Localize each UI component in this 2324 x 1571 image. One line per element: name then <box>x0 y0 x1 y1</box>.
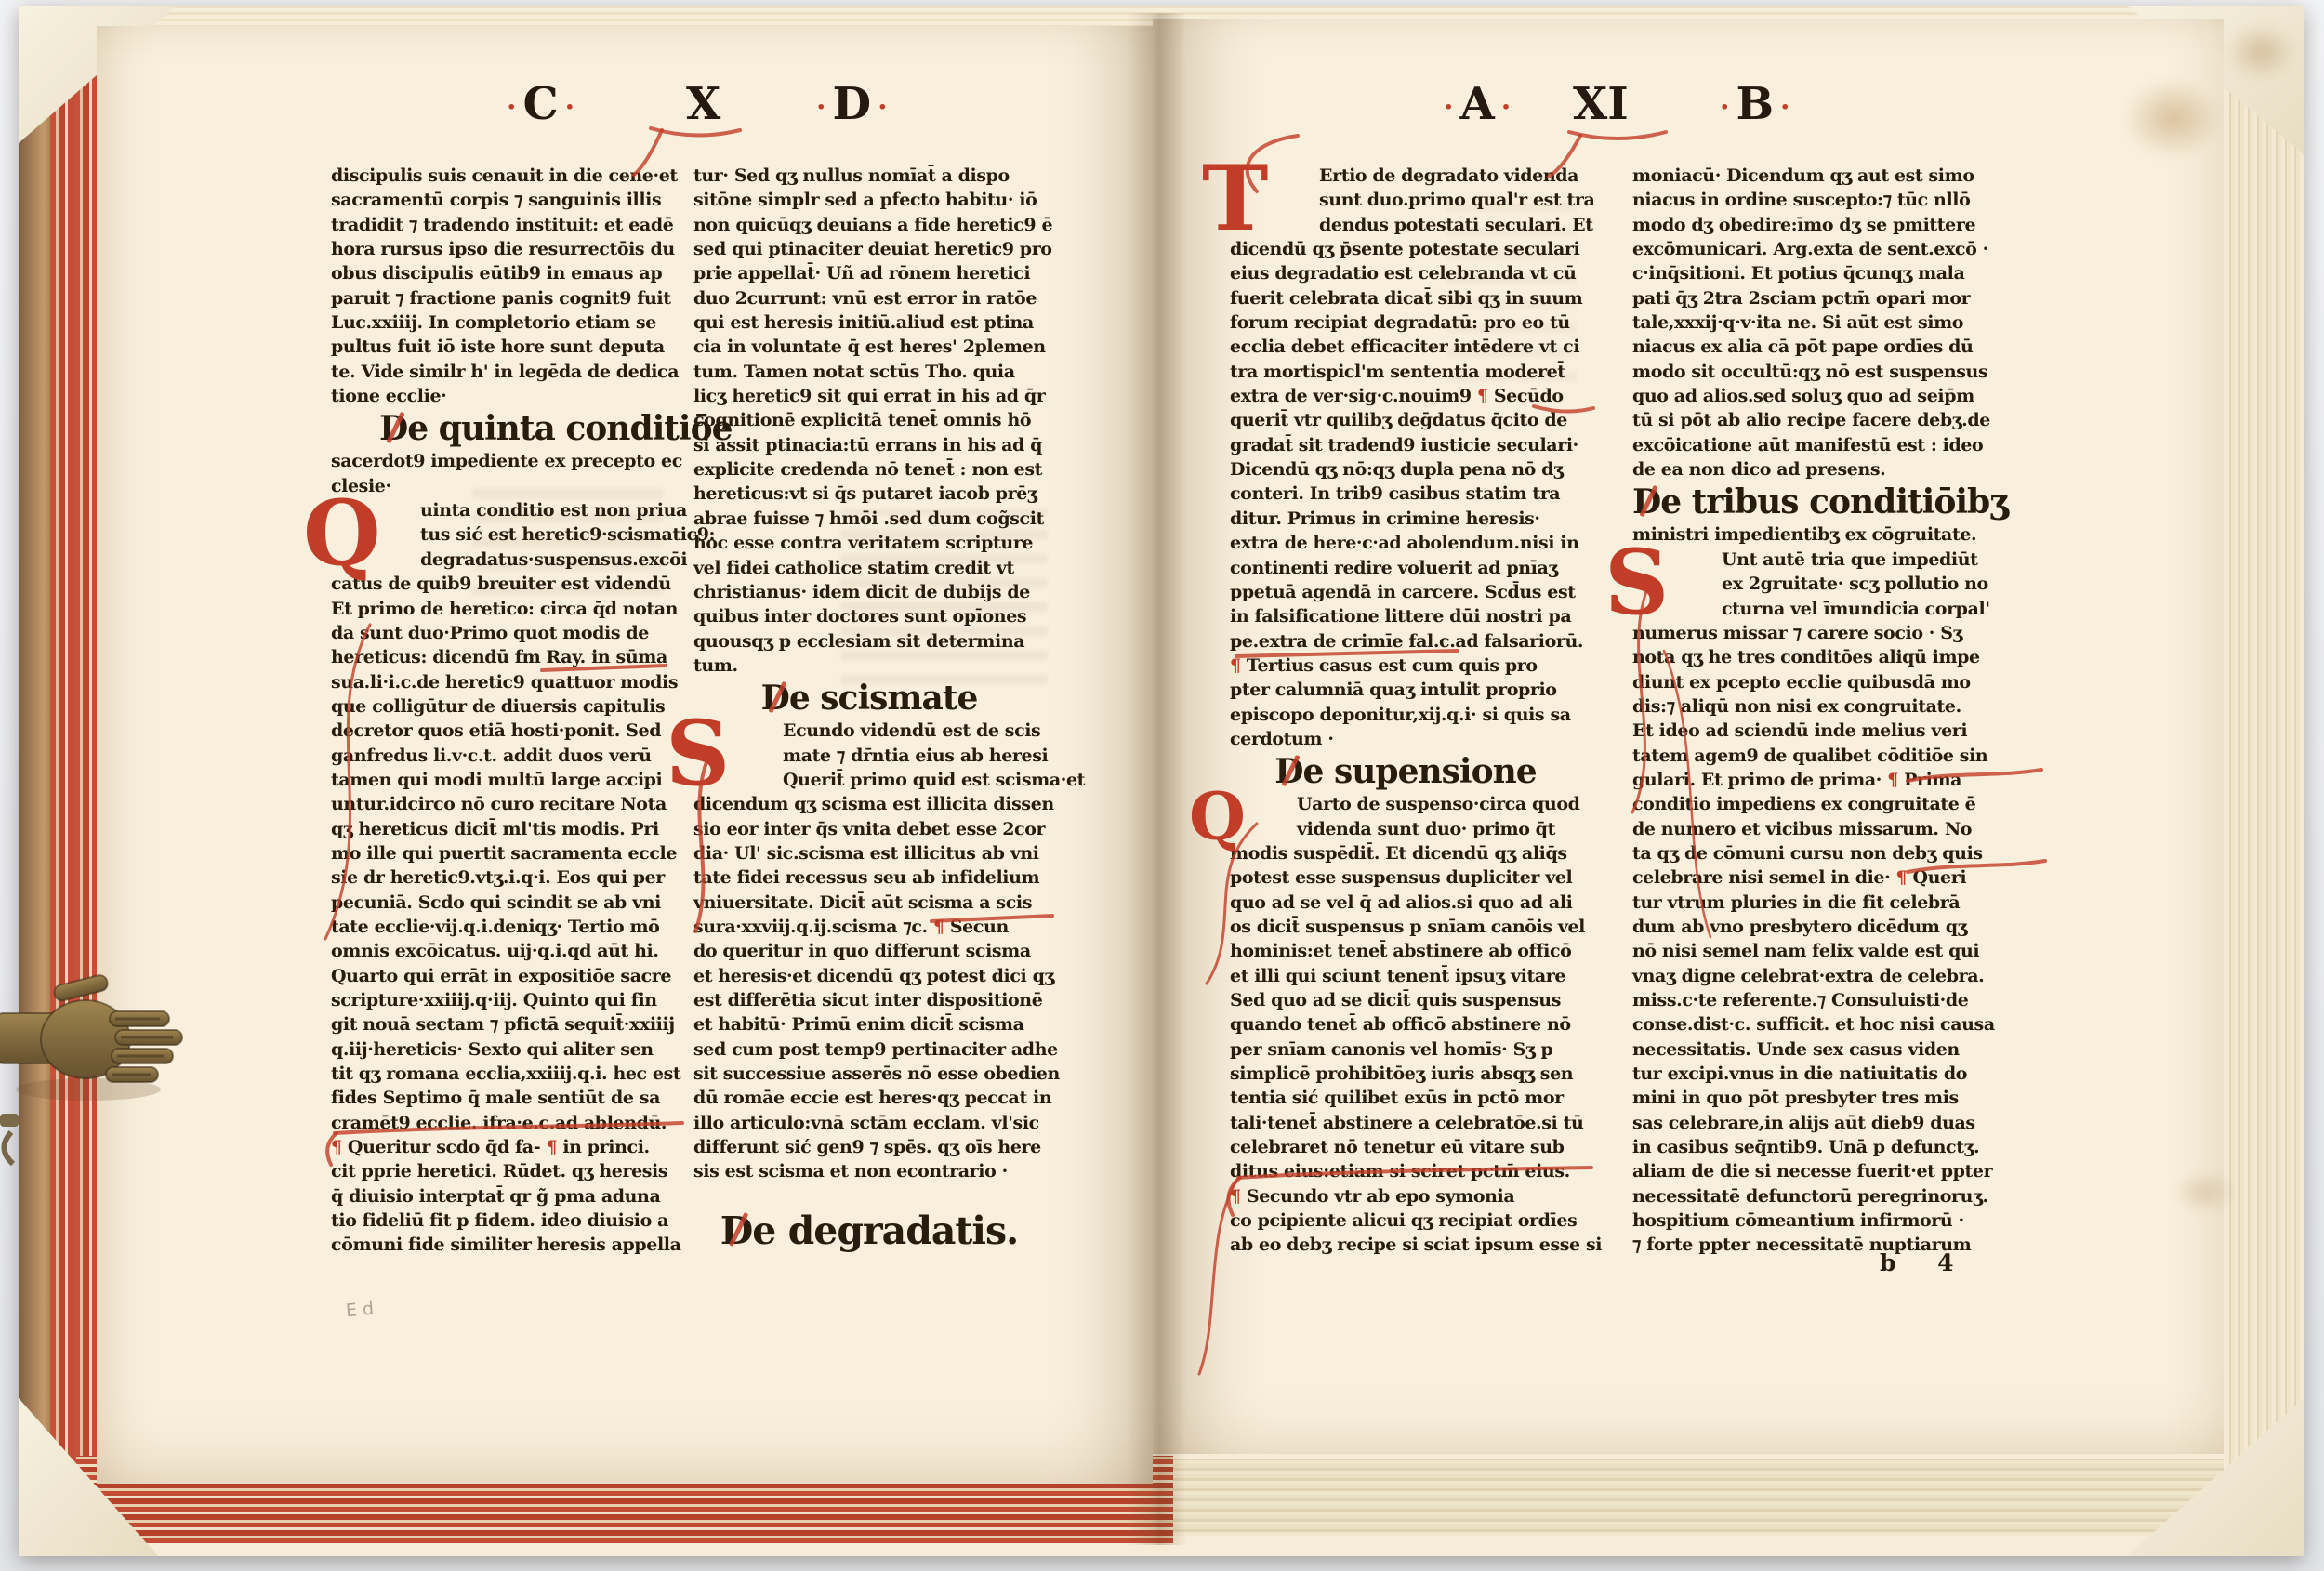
text-line: simplicē prohibitōeʒ iuris absqʒ sen <box>1230 1062 1581 1086</box>
text-line: paruit ⁊ fractione panis cognit9 fuit <box>331 286 682 310</box>
text-line: discipulis suis cenauit in die cene·et <box>331 164 682 188</box>
text-line: tio fideliū fit p fidem. ideo diuisio a <box>331 1208 682 1233</box>
text-line: duo 2currunt: vnū est error in ratōe <box>693 286 1045 310</box>
section-heading: De tribus conditiōibʒ <box>1632 482 1984 522</box>
right-page-column-2: moniacū· Dicendum qʒ aut est simoniacus … <box>1632 164 1984 1258</box>
text-line: excōmunicari. Arg.exta de sent.excō · <box>1632 237 1984 261</box>
folio-letter: C <box>507 78 574 134</box>
text-line: tū si pōt ab alio recipe facere debʒ.de <box>1632 408 1984 432</box>
paragraph: tur· Sed qʒ nullus nomīat̄ a dispositōne… <box>693 164 1045 678</box>
text-line: Quarto qui errāt in expositiōe sacre <box>331 964 682 988</box>
text-line: sunt duo.primo qual'r est tra <box>1319 188 1581 212</box>
text-line: Et primo de heretico: circa q̄d notan <box>331 597 682 621</box>
text-line: tur vtrum pluries in die fit celebrā <box>1632 891 1984 915</box>
text-line: Unt autē tria que impediūt <box>1722 548 1984 572</box>
text-line: Et ideo ad sciendū inde melius veri <box>1632 719 1984 743</box>
paragraph: QUarto de suspenso·circa quodvidenda sun… <box>1230 792 1581 1258</box>
text-line: tione ecclie· <box>331 384 682 408</box>
paragraph: discipulis suis cenauit in die cene·etsa… <box>331 164 682 408</box>
section-heading: De supensione <box>1230 751 1581 792</box>
text-line: videnda sunt duo· primo q̄t <box>1297 817 1581 841</box>
text-line: cit pprie heretici. Rūdet. qʒ heresis <box>331 1159 682 1183</box>
text-line: ministri impedientibʒ ex cōgruitate. <box>1632 522 1984 547</box>
folio-letter: A <box>1444 78 1511 134</box>
text-line: fides Septimo q̄ male sentiūt de sa <box>331 1086 682 1110</box>
quire-signature: b 4 <box>1880 1249 1954 1276</box>
text-line: mo ille qui puertit sacramenta eccle <box>331 841 682 865</box>
folio-letter: X <box>686 78 720 130</box>
text-line: cramēt9 ecclie. ifra·e.c.ad ablendū. <box>331 1111 682 1135</box>
text-line: explicite credenda nō tenet̄ : non est <box>693 457 1045 482</box>
text-line: cerdotum · <box>1230 727 1581 751</box>
text-line: modo dʒ obedire:īmo dʒ se pmittere <box>1632 213 1984 237</box>
text-line: de numero et vicibus missarum. No <box>1632 817 1984 841</box>
text-line: cōmuni fide similiter heresis appella <box>331 1233 682 1257</box>
text-line: sitōne simplr sed a pfecto habitu· iō <box>693 188 1045 212</box>
text-line: pati q̄ʒ 2tra 2sciam pctm̄ opari mor <box>1632 286 1984 310</box>
text-line: tali·tenet̄ abstinere a celebratōe.si tū <box>1230 1111 1581 1135</box>
text-line: prie appellat̄· Uñ ad rōnem heretici <box>693 261 1045 285</box>
text-line: qui est heresis initiū.aliud est ptina <box>693 310 1045 335</box>
text-line: co pcipiente alicui qʒ recipiat ordīes <box>1230 1208 1581 1233</box>
text-line: forum recipiat degradatū: pro eo tū <box>1230 310 1581 335</box>
text-line: potest esse suspensus dupliciter vel <box>1230 865 1581 890</box>
leather-spine-edge <box>19 6 50 1556</box>
text-line: tum. <box>693 653 1045 678</box>
text-line: Ecundo videndū est de scis <box>783 719 1045 743</box>
text-line: hereticus: dicendū fm Ray. in sūma <box>331 645 682 669</box>
drop-cap: Q <box>303 495 380 573</box>
pencil-mark: E d <box>345 1299 375 1322</box>
photograph-of-open-incunabulum: C X D A XI B discipulis suis cenauit in … <box>0 0 2324 1571</box>
text-line: obus discipulis eūtib9 in emaus ap <box>331 261 682 285</box>
text-line: sed cum post temp9 pertinaciter adhe <box>693 1037 1045 1062</box>
text-line: sura·xxviij.q.ij.scisma ⁊c. ¶ Secun <box>693 915 1045 939</box>
folio-letter: B <box>1720 78 1789 134</box>
text-line: celebraret nō tenetur eū vitare sub <box>1230 1135 1581 1159</box>
paragraph: TErtio de degradato videndasunt duo.prim… <box>1230 164 1581 751</box>
text-line: cia in voluntate q̄ est heres' 2plemen <box>693 335 1045 359</box>
text-line: q̄ diuisio interptat̄ qr g̃ pma aduna <box>331 1184 682 1208</box>
text-line: licʒ heretic9 sit qui errat in his ad q̄… <box>693 384 1045 408</box>
text-line: untur.idcirco nō curo recitare Nota <box>331 792 682 816</box>
text-line: conteri. In trib9 casibus statim tra <box>1230 482 1581 506</box>
text-line: tale,xxxij·q·v·ita ne. Si aūt est simo <box>1632 310 1984 335</box>
text-line: decretor quos etiā hosti·ponit. Sed <box>331 719 682 743</box>
paragraph: moniacū· Dicendum qʒ aut est simoniacus … <box>1632 164 1984 482</box>
text-line: cognitionē explicitā tenet̄ omnis hō <box>693 408 1045 432</box>
text-line: gradat̄ sit tradend9 iusticie seculari· <box>1230 433 1581 457</box>
text-line: ditur. Primus in crimine heresis· <box>1230 507 1581 531</box>
text-line: sua.li·i.c.de heretic9 quattuor modis <box>331 670 682 694</box>
clasp-hook <box>4 1132 13 1164</box>
text-line: excōicatione aūt manifestū est : ideo <box>1632 433 1984 457</box>
text-line: pecuniā. Scdo qui scindit se ab vni <box>331 891 682 915</box>
text-line: do queritur in quo differunt scisma <box>693 939 1045 963</box>
text-line: dicendū qʒ p̄sente potestate seculari <box>1230 237 1581 261</box>
drop-cap: T <box>1202 160 1268 238</box>
text-line: tit qʒ romana ecclia,xxiiij.q.i. hec est <box>331 1062 682 1086</box>
text-line: vel fidei catholice statim credit vt <box>693 556 1045 580</box>
text-line: tate ecclie·vij.q.i.deniqʒ· Tertio mō <box>331 915 682 939</box>
text-line: conse.dist·c. sufficit. et hoc nisi caus… <box>1632 1012 1984 1036</box>
text-line: dia· Ul' sic.scisma est illicitus ab vni <box>693 841 1045 865</box>
text-line: niacus ex alia cā pōt pape ordīes dū <box>1632 335 1984 359</box>
foxing-stain <box>2226 23 2296 81</box>
text-line: pultus fuit iō iste hore sunt deputa <box>331 335 682 359</box>
text-line: fuerit celebrata dicat̄ sibi qʒ in suum <box>1230 286 1581 310</box>
text-line: de ea non dico ad presens. <box>1632 457 1984 482</box>
red-stained-fore-edge <box>50 6 100 1556</box>
text-line: ex 2gruitate· scʒ pollutio no <box>1722 572 1984 596</box>
text-line: cturna vel īmundicia corpal' <box>1722 597 1984 621</box>
text-line: aliam de die si necesse fuerit·et ppter <box>1632 1159 1984 1183</box>
text-line: tum. Tamen notat sctūs Tho. quia <box>693 360 1045 384</box>
text-line: sit successiue asserēs nō esse obedien <box>693 1062 1045 1086</box>
text-line: dū romāe eccie est heres·qʒ peccat in <box>693 1086 1045 1110</box>
text-line: ppetuā agendā in carcere. Scd̄us est <box>1230 580 1581 604</box>
text-line: ditus eius:etiam si sciret pctm̄ eius. <box>1230 1159 1581 1183</box>
text-line: miss.c·te referente.⁊ Consuluisti·de <box>1632 988 1984 1012</box>
text-line: quousqʒ p ecclesiam sit determina <box>693 629 1045 653</box>
text-line: sie dr heretic9.vtʒ.i.q·i. Eos qui per <box>331 865 682 890</box>
text-line: in casibus seq̄ntib9. Unā p defunctʒ. <box>1632 1135 1984 1159</box>
text-line: per snīam canonis vel homīs· Sʒ p <box>1230 1037 1581 1062</box>
text-line: hominis:et tenet̄ abstinere ab officō <box>1230 939 1581 963</box>
hand-icon <box>0 973 182 1082</box>
text-line: dis:⁊ aliqū non nisi ex congruitate. <box>1632 694 1984 719</box>
text-line: mini in quo pōt presbyter tres mis <box>1632 1086 1984 1110</box>
text-line: os dicit̄ suspensus p snīam canōis vel <box>1230 915 1581 939</box>
spacer <box>693 1184 1045 1208</box>
text-line: uinta conditio est non priua <box>420 498 682 522</box>
text-line: numerus missar ⁊ carere socio · Sʒ <box>1632 621 1984 645</box>
right-page-edges <box>2225 13 2304 1519</box>
section-heading: De degradatis. <box>693 1208 1045 1253</box>
drop-cap: Q <box>1189 788 1246 846</box>
paragraph: sacerdot9 impediente ex precepto ecclesi… <box>331 449 682 498</box>
text-line: tamen qui modi multū large accipi <box>331 768 682 792</box>
text-line: ganfredus li.v·c.t. addit duos verū <box>331 744 682 768</box>
text-line: est differētia sicut inter dispositionē <box>693 988 1045 1012</box>
text-line: necessitatē defunctorū peregrinoruʒ. <box>1632 1184 1984 1208</box>
text-line: tus sić est heretic9·scismatic9: <box>420 522 682 547</box>
text-line: dicendum qʒ scisma est illicita dissen <box>693 792 1045 816</box>
text-line: quibus inter doctores sunt opīones <box>693 604 1045 628</box>
text-line: abrae fuisse ⁊ hmōi .sed dum cog̃scit <box>693 507 1045 531</box>
text-line: modo sit occultū:qʒ nō est suspensus <box>1632 360 1984 384</box>
text-line: et illi qui sciunt tenent̄ ipsuʒ vitare <box>1230 964 1581 988</box>
text-line: scripture·xxiiij.q·iij. Quinto qui fin <box>331 988 682 1012</box>
text-line: gulari. Et primo de prima· ¶ Prima <box>1632 768 1984 792</box>
text-line: sio eor inter q̄s vnita debet esse 2cor <box>693 817 1045 841</box>
section-heading: De quinta conditiōe <box>331 408 682 449</box>
text-line: omnis excōicatus. uij·q.i.qd aūt hi. <box>331 939 682 963</box>
paragraph: ministri impedientibʒ ex cōgruitate. <box>1632 522 1984 547</box>
text-line: nota qʒ he tres conditōes aliqū impe <box>1632 645 1984 669</box>
text-line: que colligūtur de diuersis capitulis <box>331 694 682 719</box>
text-line: conditio impediens ex congruitate ē <box>1632 792 1984 816</box>
text-line: qʒ hereticus dicit̄ ml'tis modis. Pri <box>331 817 682 841</box>
text-line: ¶ Secundo vtr ab epo symonia <box>1230 1184 1581 1208</box>
text-line: ab eo debʒ recipe si sciat ipsum esse si <box>1230 1233 1581 1257</box>
text-line: niacus in ordine suscepto:⁊ tūc nllō <box>1632 188 1984 212</box>
text-line: Ertio de degradato videnda <box>1319 164 1581 188</box>
text-line: continenti redire voluerit ad pnīaʒ <box>1230 556 1581 580</box>
foxing-stain <box>2175 1171 2236 1213</box>
text-line: tur· Sed qʒ nullus nomīat̄ a dispo <box>693 164 1045 188</box>
left-page-column-1: discipulis suis cenauit in die cene·etsa… <box>331 164 682 1258</box>
text-line: pter calumniā quaʒ intulit proprio <box>1230 678 1581 702</box>
text-line: sis est scisma et non econtrario · <box>693 1159 1045 1183</box>
text-line: eius degradatio est celebranda vt cū <box>1230 261 1581 285</box>
paragraph: SEcundo videndū est de scismate ⁊ dr̄nti… <box>693 719 1045 1184</box>
foxing-stain <box>2124 79 2222 158</box>
gutter-shadow <box>1127 13 1186 1545</box>
text-line: modis suspēdit̄. Et dicendū qʒ aliq̄s <box>1230 841 1581 865</box>
text-line: christianus· idem dicit de dubijs de <box>693 580 1045 604</box>
text-line: moniacū· Dicendum qʒ aut est simo <box>1632 164 1984 188</box>
left-page-column-2: tur· Sed qʒ nullus nomīat̄ a dispositōne… <box>693 164 1045 1253</box>
text-line: extra de here·c·ad abolendum.nisi in <box>1230 531 1581 555</box>
text-line: diunt ex pcepto ecclie quibusdā mo <box>1632 670 1984 694</box>
text-line: git nouā sectam ⁊ pfictā sequit̄·xxiiij <box>331 1012 682 1036</box>
paragraph: SUnt autē tria que impediūtex 2gruitate·… <box>1632 548 1984 1258</box>
text-line: vniuersitate. Dicit̄ aūt scisma a scis <box>693 891 1045 915</box>
text-line: tur excipi.vnus in die natiuitatis do <box>1632 1062 1984 1086</box>
text-line: illo articulo:vnā sctām ecclam. vl'sic <box>693 1111 1045 1135</box>
text-line: in falsificatione littere dūi nostri pa <box>1230 604 1581 628</box>
text-line: dendus potestati seculari. Et <box>1319 213 1581 237</box>
text-line: degradatus·suspensus.excōi <box>420 548 682 572</box>
text-line: non quicūqʒ deuians a fide heretic9 ē <box>693 213 1045 237</box>
text-line: Sed quo ad se dicit̄ quis suspensus <box>1230 988 1581 1012</box>
bottom-page-edges <box>1173 1459 2224 1536</box>
text-line: hospitium cōmeantium infirmorū · <box>1632 1208 1984 1233</box>
text-line: Querit̄ primo quid est scisma·et <box>783 768 1045 792</box>
text-line: si assit ptinacia:tū errans in his ad q̄ <box>693 433 1045 457</box>
text-line: et habitū· Primū enim dicit̄ scisma <box>693 1012 1045 1036</box>
text-line: te. Vide similr h' in legēda de dedica <box>331 360 682 384</box>
text-line: sas celebrare,in alijs aūt dieb9 duas <box>1632 1111 1984 1135</box>
text-line: da sunt duo·Primo quot modis de <box>331 621 682 645</box>
text-line: hereticus:vt si q̄s putaret iacob prēʒ <box>693 482 1045 506</box>
folio-letter: XI <box>1573 78 1629 130</box>
text-line: dum ab vno presbytero dicēdum qʒ <box>1632 915 1984 939</box>
text-line: Uarto de suspenso·circa quod <box>1297 792 1581 816</box>
text-line: et heresis·et dicendū qʒ potest dici qʒ <box>693 964 1045 988</box>
text-line: hoc esse contra veritatem scripture <box>693 531 1045 555</box>
text-line: c·inq̄sitioni. Et potius q̄cunqʒ mala <box>1632 261 1984 285</box>
text-line: tradidit ⁊ tradendo instituit: et eadē <box>331 213 682 237</box>
text-line: quo ad se vel q̄ ad alios.si quo ad ali <box>1230 891 1581 915</box>
section-heading: De scismate <box>693 678 1045 719</box>
text-line: tentia sić quilibet exūs in pctō mor <box>1230 1086 1581 1110</box>
text-line: ¶ Queritur scdo q̄d fa- ¶ in princi. <box>331 1135 682 1159</box>
paragraph: Quinta conditio est non priuatus sić est… <box>331 498 682 1258</box>
text-line: ecclia debet efficaciter intēdere vt ci <box>1230 335 1581 359</box>
text-line: clesie· <box>331 474 682 498</box>
text-line: sacerdot9 impediente ex precepto ec <box>331 449 682 473</box>
text-line: extra de ver·sig·c.nouim9 ¶ Secūdo <box>1230 384 1581 408</box>
drop-cap: S <box>1604 544 1669 622</box>
text-line: quo ad alios.sed soluʒ quo ad seip̄m <box>1632 384 1984 408</box>
text-line: differunt sić gen9 ⁊ spēs. qʒ oīs here <box>693 1135 1045 1159</box>
text-line: catus de quib9 breuiter est videndū <box>331 572 682 596</box>
text-line: nō nisi semel nam felix valde est qui <box>1632 939 1984 963</box>
right-page-column-1: TErtio de degradato videndasunt duo.prim… <box>1230 164 1581 1258</box>
clasp-hardware <box>0 1114 19 1127</box>
text-line: episcopo deponitur,xij.q.i· si quis sa <box>1230 703 1581 727</box>
text-line: ¶ Tertius casus est cum quis pro <box>1230 653 1581 678</box>
text-line: sacramentū corpis ⁊ sanguinis illis <box>331 188 682 212</box>
text-line: q.iij·hereticis· Sexto qui aliter sen <box>331 1037 682 1062</box>
text-line: pe.extra de crimīe fal.c.ad falsariorū. <box>1230 629 1581 653</box>
text-line: quando tenet̄ ab officō abstinere nō <box>1230 1012 1581 1036</box>
text-line: tatem agem9 de qualibet cōditiōe sin <box>1632 744 1984 768</box>
text-line: Dicendū qʒ nō:qʒ dupla pena nō dʒ <box>1230 457 1581 482</box>
text-line: mate ⁊ dr̄ntia eius ab heresi <box>783 744 1045 768</box>
text-line: celebrare nisi semel in die· ¶ Queri <box>1632 865 1984 890</box>
brass-hand-clasp <box>0 967 195 1199</box>
text-line: sed qui ptinaciter deuiat heretic9 pro <box>693 237 1045 261</box>
text-line: hora rursus ipso die resurrectōis du <box>331 237 682 261</box>
text-line: tate fidei recessus seu ab infidelium <box>693 865 1045 890</box>
drop-cap: S <box>666 715 730 793</box>
text-line: vnaʒ digne celebrat·extra de celebra. <box>1632 964 1984 988</box>
text-line: querit̄ vtr quilibʒ deḡdatus q̄cito de <box>1230 408 1581 432</box>
text-line: necessitatis. Unde sex casus viden <box>1632 1037 1984 1062</box>
folio-letter: D <box>816 78 888 134</box>
text-line: ta qʒ de cōmuni cursu non debʒ quis <box>1632 841 1984 865</box>
text-line: tra mortispicl'm sententia moderet̄ <box>1230 360 1581 384</box>
text-line: Luc.xxiiij. In completorio etiam se <box>331 310 682 335</box>
